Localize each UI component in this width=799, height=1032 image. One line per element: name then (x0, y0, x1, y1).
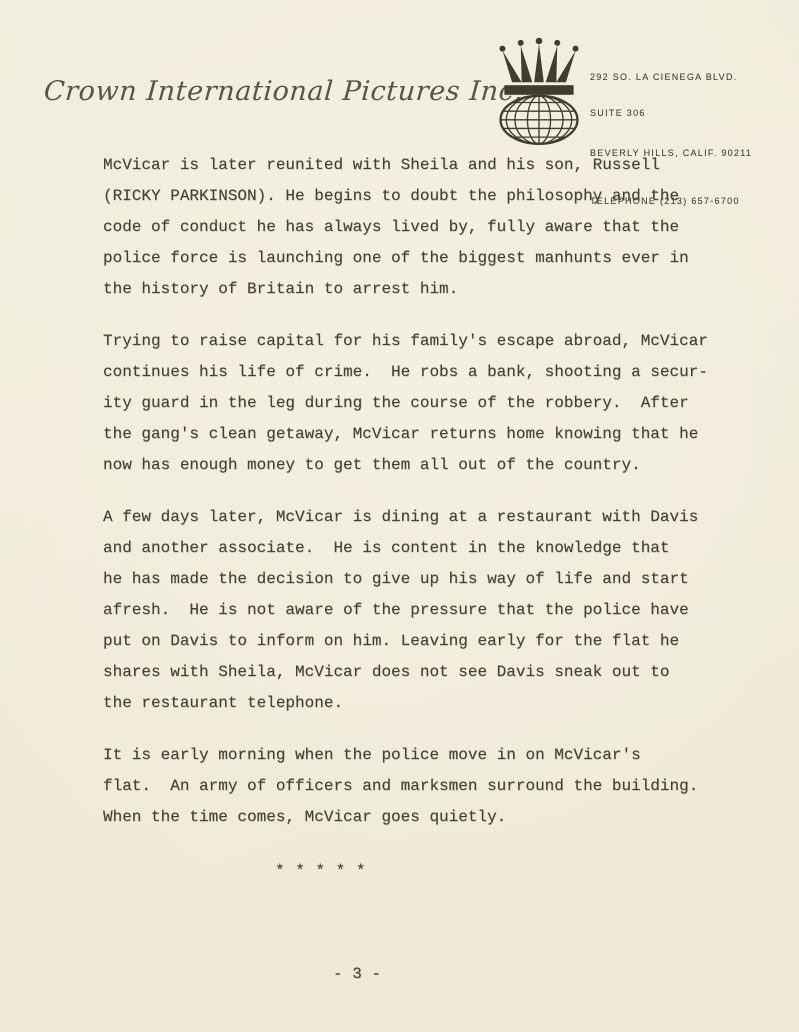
text-line: ity guard in the leg during the course o… (103, 388, 763, 419)
address-street: 292 SO. LA CIENEGA BLVD. (590, 72, 752, 83)
text-line: the history of Britain to arrest him. (103, 274, 763, 305)
text-line: police force is launching one of the big… (103, 243, 763, 274)
text-line: (RICKY PARKINSON). He begins to doubt th… (103, 181, 763, 212)
paragraph-3: A few days later, McVicar is dining at a… (103, 502, 763, 719)
text-line: the restaurant telephone. (103, 688, 763, 719)
crown-globe-logo-icon (489, 34, 589, 146)
paragraph-1: McVicar is later reunited with Sheila an… (103, 150, 763, 305)
document-page: Crown International Pictures Inc. (0, 0, 799, 1032)
paragraph-2: Trying to raise capital for his family's… (103, 326, 763, 481)
text-line: It is early morning when the police move… (103, 740, 763, 771)
page-number: - 3 - (333, 959, 763, 990)
text-line: McVicar is later reunited with Sheila an… (103, 150, 763, 181)
text-line: he has made the decision to give up his … (103, 564, 763, 595)
address-suite: SUITE 306 (590, 108, 752, 119)
text-line: now has enough money to get them all out… (103, 450, 763, 481)
text-line: Trying to raise capital for his family's… (103, 326, 763, 357)
text-line: A few days later, McVicar is dining at a… (103, 502, 763, 533)
asterisk-separator: * * * * * (275, 856, 763, 887)
text-line: continues his life of crime. He robs a b… (103, 357, 763, 388)
text-line: code of conduct he has always lived by, … (103, 212, 763, 243)
text-line: and another associate. He is content in … (103, 533, 763, 564)
text-line: afresh. He is not aware of the pressure … (103, 595, 763, 626)
text-line: shares with Sheila, McVicar does not see… (103, 657, 763, 688)
document-body: McVicar is later reunited with Sheila an… (103, 150, 763, 990)
text-line: the gang's clean getaway, McVicar return… (103, 419, 763, 450)
text-line: flat. An army of officers and marksmen s… (103, 771, 763, 802)
company-logotype: Crown International Pictures Inc. (43, 76, 525, 107)
paragraph-4: It is early morning when the police move… (103, 740, 763, 833)
text-line: When the time comes, McVicar goes quietl… (103, 802, 763, 833)
text-line: put on Davis to inform on him. Leaving e… (103, 626, 763, 657)
